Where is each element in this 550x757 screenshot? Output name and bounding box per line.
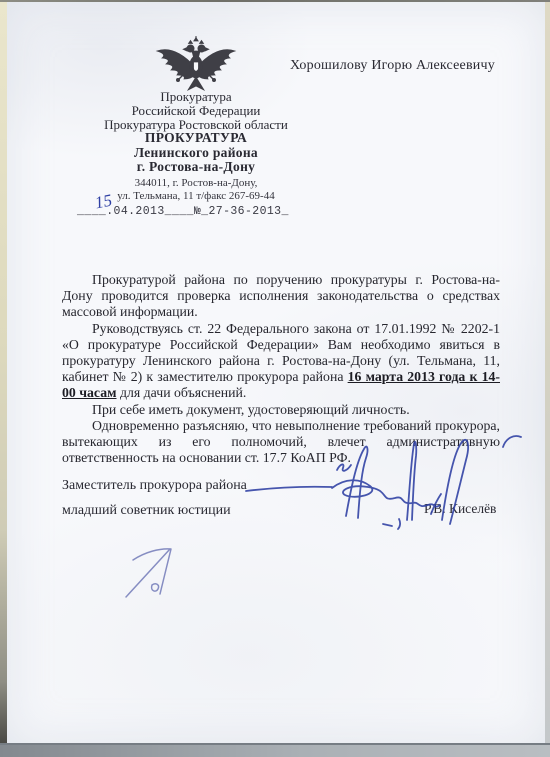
paragraph-4: Одновременно разъясняю, что невыполнение… [62,418,500,467]
handwritten-mark [126,549,171,597]
letterhead: Прокуратура Российской Федерации Прокура… [65,90,327,202]
paragraph-2: Руководствуясь ст. 22 Федерального закон… [62,321,500,402]
paragraph-2-tail: для дачи объяснений. [117,385,247,400]
signer-position-line-2: младший советник юстиции [62,503,231,519]
org-line-2: Российской Федерации [65,104,327,118]
org-city: г. Ростова-на-Дону [65,160,327,174]
date-month-year: .04.2013 [106,205,164,218]
paragraph-1: Прокуратурой района по поручению прокура… [62,272,500,321]
org-district: Ленинского района [65,146,327,160]
scan-edge-bottom [0,743,550,757]
signer-position-line-1: Заместитель прокурора района [62,478,247,494]
handwritten-day: 15 [93,191,114,214]
scan-edge-left [0,0,7,757]
date-blank-mid: ____ [165,205,194,218]
letter-body: Прокуратурой района по поручению прокура… [62,272,500,466]
signer-name: Р.В. Киселёв [424,501,496,517]
letter-page: Прокуратура Российской Федерации Прокура… [7,2,545,746]
paragraph-3: При себе иметь документ, удостоверяющий … [62,402,500,418]
scanned-document: Прокуратура Российской Федерации Прокура… [0,0,550,757]
org-line-3: Прокуратура Ростовской области [65,118,327,132]
org-line-1: Прокуратура [65,90,327,104]
coat-of-arms-icon [153,36,239,92]
document-number: №_27-36-2013_ [194,205,289,218]
addressee-name: Хорошилову Игорю Алексеевичу [290,58,495,74]
org-name: ПРОКУРАТУРА [65,131,327,145]
org-postal-address: 344011, г. Ростов-на-Дону, [65,177,327,190]
